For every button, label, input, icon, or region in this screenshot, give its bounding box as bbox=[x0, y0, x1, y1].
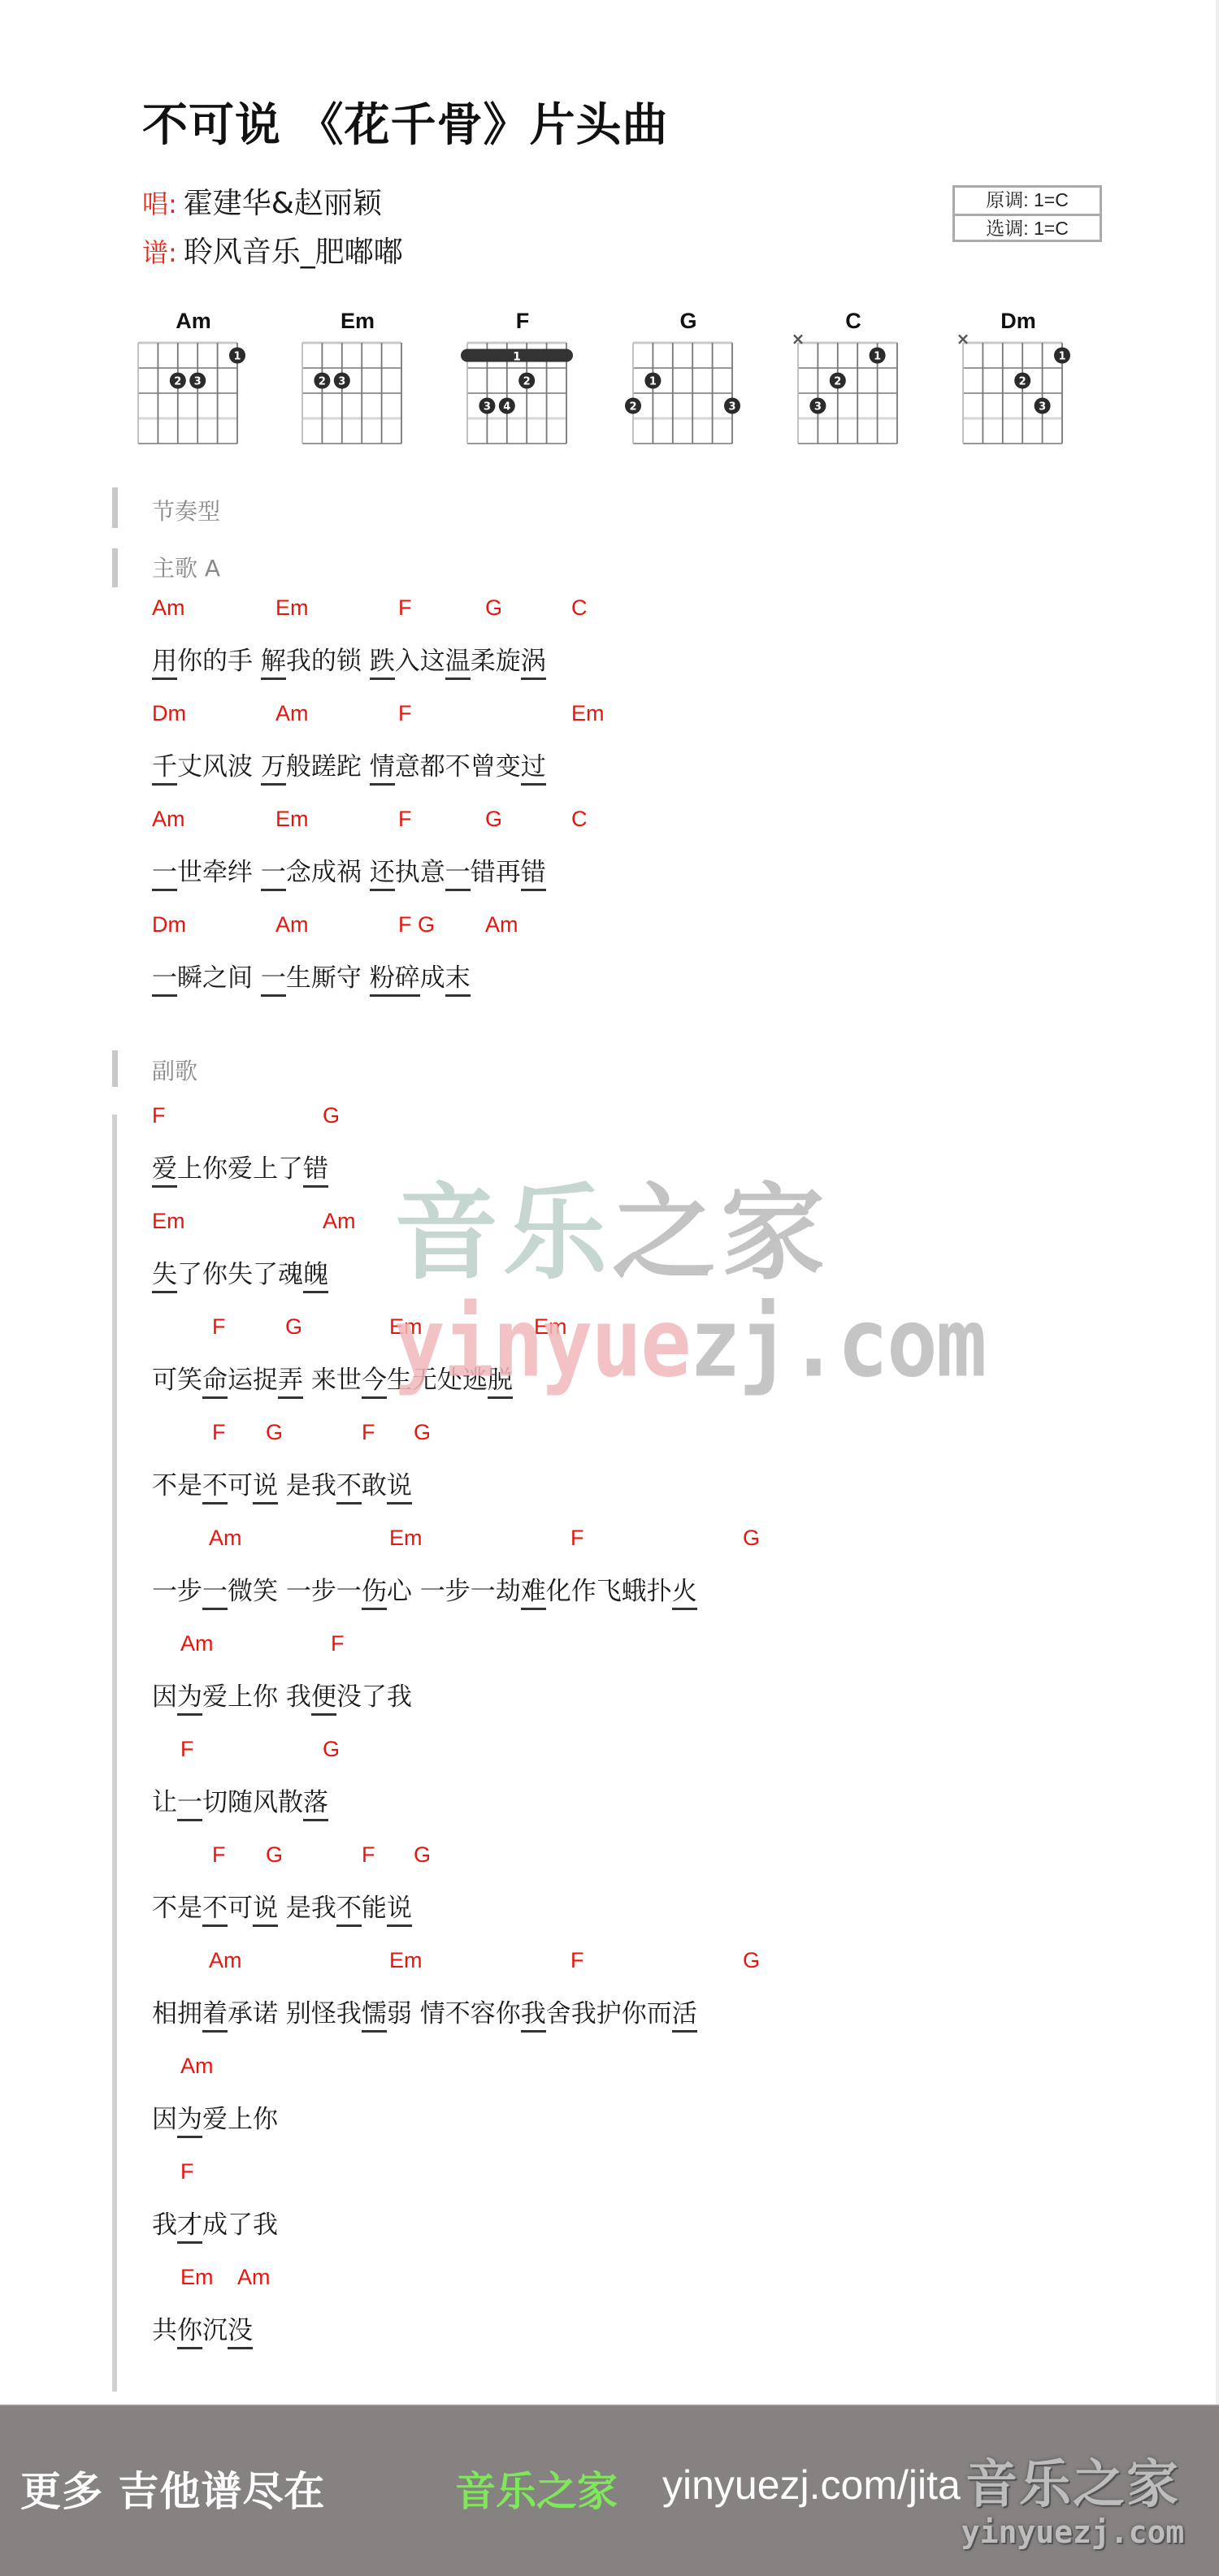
chord-symbol: F bbox=[362, 1842, 375, 1868]
original-key: 原调: 1=C bbox=[955, 188, 1100, 214]
svg-text:2: 2 bbox=[319, 376, 326, 388]
lyric-text: 我 bbox=[152, 2210, 177, 2240]
chord-line: EmAm bbox=[152, 1209, 883, 1236]
lyric-chord-anchor: 命 bbox=[202, 1366, 228, 1399]
chord-symbol: G bbox=[485, 807, 502, 832]
lyric-line: 让一切随风散落 bbox=[152, 1782, 328, 1818]
lyric-chord-anchor: 爱 bbox=[152, 1154, 177, 1188]
lyric-chord-anchor: 懦 bbox=[362, 1999, 387, 2033]
lyric-line: 不是不可说 是我不能说 bbox=[152, 1887, 412, 1924]
chord-diagram-name: C bbox=[788, 309, 918, 334]
lyric-text: 相拥 bbox=[152, 1999, 202, 2028]
lyric-chord-anchor: 情 bbox=[370, 752, 395, 786]
lyric-text: 微笑 一步一 bbox=[228, 1577, 362, 1606]
chord-symbol: C bbox=[571, 595, 588, 621]
chord-line: FG bbox=[152, 1737, 883, 1764]
lyric-text: 爱上你 bbox=[202, 2105, 278, 2134]
lyric-text: 入这 bbox=[395, 647, 445, 676]
chord-symbol: Em bbox=[571, 701, 605, 726]
chord-symbol: Am bbox=[180, 2054, 214, 2079]
lyric-chord-anchor: 解 bbox=[261, 647, 286, 680]
chord-line: AmEmFGC bbox=[152, 595, 883, 623]
lyric-text: 因 bbox=[152, 1682, 177, 1712]
svg-text:1: 1 bbox=[874, 351, 881, 363]
chord-symbol: F bbox=[398, 807, 412, 832]
chord-symbol: F bbox=[152, 1103, 166, 1128]
lyric-chord-anchor: 末 bbox=[445, 963, 471, 997]
lyric-chord-anchor: 不 bbox=[336, 1894, 362, 1927]
fretboard-grid: 123 bbox=[128, 333, 258, 447]
svg-text:2: 2 bbox=[174, 376, 181, 388]
lyric-chord-anchor: 粉碎 bbox=[370, 963, 420, 997]
fretboard-grid: ×123 bbox=[953, 333, 1083, 447]
chord-symbol: F bbox=[212, 1420, 226, 1445]
lyric-chord-anchor: 魄 bbox=[303, 1260, 328, 1293]
muted-string-icon: × bbox=[957, 333, 970, 349]
chord-symbol: Dm bbox=[152, 701, 186, 726]
chord-symbol: Am bbox=[275, 912, 309, 937]
chord-diagram-am: Am123 bbox=[128, 309, 258, 447]
lyric-chord-anchor: 伤 bbox=[362, 1577, 387, 1610]
lyric-text: 成了我 bbox=[202, 2210, 278, 2240]
chord-symbol: Am bbox=[152, 595, 185, 621]
chord-symbol: F bbox=[180, 2159, 194, 2184]
selected-key: 选调: 1=C bbox=[955, 214, 1100, 240]
arranger-line: 谱:聆风音乐_肥嘟嘟 bbox=[142, 229, 403, 271]
lyric-text: 一步 bbox=[152, 1577, 202, 1606]
chord-line: FG bbox=[152, 1103, 883, 1131]
chord-line: AmEmFGC bbox=[152, 807, 883, 834]
verse-section-bar bbox=[112, 548, 118, 587]
lyric-chord-anchor: 错 bbox=[521, 858, 546, 891]
fretboard-grid: ×123 bbox=[788, 333, 918, 447]
chord-symbol: F bbox=[570, 1526, 584, 1551]
chord-symbol: Am bbox=[209, 1526, 242, 1551]
lyric-chord-anchor: 万 bbox=[261, 752, 286, 786]
lyric-text: 是我 bbox=[278, 1471, 336, 1500]
lyric-text: 意都不曾变 bbox=[395, 752, 521, 781]
chord-symbol: Am bbox=[180, 1631, 214, 1656]
lyric-text: 切随风散 bbox=[202, 1788, 303, 1817]
chord-symbol: Am bbox=[152, 807, 185, 832]
chord-line: AmEmFG bbox=[152, 1526, 883, 1553]
chord-symbol: Am bbox=[485, 912, 518, 937]
lyric-line: 一世牵绊 一念成祸 还执意一错再错 bbox=[152, 851, 546, 888]
lyric-chord-anchor: 一 bbox=[152, 858, 177, 891]
lyric-line: 爱上你爱上了错 bbox=[152, 1148, 328, 1184]
chord-symbol: Em bbox=[389, 1314, 423, 1340]
chorus-section-bar bbox=[112, 1050, 118, 1087]
lyric-text: 舍我护你而 bbox=[546, 1999, 672, 2028]
chord-diagram-dm: Dm×123 bbox=[953, 309, 1083, 447]
lyric-chord-anchor: 我 bbox=[521, 1999, 546, 2033]
chord-diagram-f: F1234 bbox=[458, 309, 588, 447]
svg-text:3: 3 bbox=[1039, 401, 1046, 413]
chord-symbol: F bbox=[398, 595, 412, 621]
muted-string-icon: × bbox=[792, 333, 805, 349]
svg-text:3: 3 bbox=[338, 376, 345, 388]
chord-line: FGFG bbox=[152, 1842, 883, 1870]
chord-symbol: F bbox=[570, 1948, 584, 1973]
lyric-text: 般蹉跎 bbox=[286, 752, 370, 781]
arranger-name: 聆风音乐_肥嘟嘟 bbox=[184, 236, 403, 269]
lyric-chord-anchor: 一 bbox=[261, 963, 286, 997]
chord-symbol: Em bbox=[152, 1209, 185, 1234]
lyric-chord-anchor: 一 bbox=[445, 858, 471, 891]
lyric-text: 丈风波 bbox=[177, 752, 261, 781]
lyric-text: 生无处逃 bbox=[387, 1366, 488, 1395]
lyric-text: 承诺 别怪我 bbox=[228, 1999, 362, 2028]
lyric-line: 因为爱上你 我便没了我 bbox=[152, 1676, 412, 1712]
chord-diagram-c: C×123 bbox=[788, 309, 918, 447]
svg-text:1: 1 bbox=[513, 351, 521, 364]
lyric-chord-anchor: 不 bbox=[202, 1894, 228, 1927]
svg-text:4: 4 bbox=[503, 401, 510, 413]
lyric-chord-anchor: 为 bbox=[177, 1682, 202, 1716]
chord-diagram-em: Em23 bbox=[293, 309, 423, 447]
svg-text:1: 1 bbox=[1058, 351, 1065, 363]
lyric-chord-anchor: 难 bbox=[521, 1577, 546, 1610]
chord-line: EmAm bbox=[152, 2265, 883, 2292]
lyric-chord-anchor: 说 bbox=[253, 1471, 278, 1504]
lyric-line: 一步一微笑 一步一伤心 一步一劫难化作飞蛾扑火 bbox=[152, 1570, 697, 1607]
lyric-line: 相拥着承诺 别怪我懦弱 情不容你我舍我护你而活 bbox=[152, 1993, 697, 2029]
singer-line: 唱:霍建华&赵丽颖 bbox=[142, 180, 382, 222]
lyric-chord-anchor: 为 bbox=[177, 2105, 202, 2138]
footer-logo-en: yinyuezj.com bbox=[943, 2514, 1203, 2550]
svg-text:2: 2 bbox=[629, 401, 636, 413]
lyric-line: 千丈风波 万般蹉跎 情意都不曾变过 bbox=[152, 746, 546, 782]
chord-symbol: G bbox=[323, 1737, 340, 1762]
lyric-text: 世牵绊 bbox=[177, 858, 261, 887]
lyric-chord-anchor: 今 bbox=[362, 1366, 387, 1399]
lyric-text: 化作飞蛾扑 bbox=[546, 1577, 672, 1606]
chord-diagram-name: Am bbox=[128, 309, 258, 334]
footer-url-link[interactable]: yinyuezj.com/jita bbox=[662, 2461, 961, 2509]
lyric-text: 是我 bbox=[278, 1894, 336, 1923]
svg-text:1: 1 bbox=[649, 376, 657, 388]
svg-text:3: 3 bbox=[194, 376, 202, 388]
chord-symbol: F bbox=[362, 1420, 375, 1445]
lyric-chord-anchor: 不 bbox=[202, 1471, 228, 1504]
lyric-text: 弱 情不容你 bbox=[387, 1999, 521, 2028]
chord-symbol: F bbox=[180, 1737, 194, 1762]
chord-symbol: Em bbox=[389, 1948, 423, 1973]
lyric-chord-anchor: 还 bbox=[370, 858, 395, 891]
lyric-text: 你的手 bbox=[177, 647, 261, 676]
chord-symbol: F G bbox=[398, 912, 435, 937]
lyric-chord-anchor: 火 bbox=[672, 1577, 697, 1610]
chord-diagram-g: G123 bbox=[623, 309, 753, 447]
chord-symbol: C bbox=[571, 807, 588, 832]
lyric-chord-anchor: 一 bbox=[261, 858, 286, 891]
chord-line: Am bbox=[152, 2054, 883, 2081]
singer-name: 霍建华&赵丽颖 bbox=[184, 187, 382, 220]
lyric-chord-anchor: 脱 bbox=[488, 1366, 513, 1399]
chord-symbol: Am bbox=[275, 701, 309, 726]
footer-tagline: 更多 吉他谱尽在 bbox=[20, 2459, 325, 2518]
chord-line: AmEmFG bbox=[152, 1948, 883, 1976]
lyric-text: 瞬之间 bbox=[177, 963, 261, 993]
singer-label: 唱: bbox=[142, 188, 177, 219]
lyric-text: 念成祸 bbox=[286, 858, 370, 887]
chord-symbol: G bbox=[266, 1420, 283, 1445]
lyric-chord-anchor: 便 bbox=[311, 1682, 336, 1716]
lyric-chord-anchor: 才 bbox=[177, 2210, 202, 2244]
svg-text:3: 3 bbox=[814, 401, 822, 413]
chord-line: F bbox=[152, 2159, 883, 2187]
lyric-text: 因 bbox=[152, 2105, 177, 2134]
lyric-line: 可笑命运捉弄 来世今生无处逃脱 bbox=[152, 1359, 513, 1396]
lyric-line: 不是不可说 是我不敢说 bbox=[152, 1465, 412, 1501]
lyric-text: 错再 bbox=[471, 858, 521, 887]
lyric-chord-anchor: 温 bbox=[445, 647, 471, 680]
chord-symbol: G bbox=[743, 1526, 760, 1551]
footer-logo: 音乐之家 yinyuezj.com bbox=[943, 2443, 1203, 2550]
lyric-text: 心 一步一劫 bbox=[387, 1577, 521, 1606]
lyric-text: 让 bbox=[152, 1788, 177, 1817]
chord-symbol: Am bbox=[323, 1209, 356, 1234]
lyric-text: 来世 bbox=[303, 1366, 362, 1395]
lyric-line: 我才成了我 bbox=[152, 2204, 278, 2240]
lyric-chord-anchor: 失 bbox=[152, 1260, 177, 1293]
rhythm-section-bar bbox=[112, 487, 118, 528]
verse-section-label: 主歌 A bbox=[152, 551, 220, 583]
svg-text:2: 2 bbox=[834, 376, 841, 388]
lyric-chord-anchor: 过 bbox=[521, 752, 546, 786]
lyric-text: 可 bbox=[228, 1894, 253, 1923]
lyric-chord-anchor: 错 bbox=[303, 1154, 328, 1188]
lyric-text: 敢 bbox=[362, 1471, 387, 1500]
chord-symbol: Dm bbox=[152, 912, 186, 937]
chord-diagram-name: Em bbox=[293, 309, 423, 334]
rhythm-section-label: 节奏型 bbox=[152, 494, 220, 526]
chorus-content-bar bbox=[112, 1115, 117, 2392]
lyric-chord-anchor: 弄 bbox=[278, 1366, 303, 1399]
fretboard-grid: 23 bbox=[293, 333, 423, 447]
lyric-chord-anchor: 用 bbox=[152, 647, 177, 680]
lyric-text: 不是 bbox=[152, 1471, 202, 1500]
chord-symbol: F bbox=[398, 701, 412, 726]
svg-text:3: 3 bbox=[484, 401, 491, 413]
chord-symbol: Em bbox=[275, 595, 309, 621]
lyric-chord-anchor: 说 bbox=[253, 1894, 278, 1927]
chord-symbol: F bbox=[212, 1314, 226, 1340]
chord-symbol: G bbox=[414, 1420, 431, 1445]
lyric-chord-anchor: 活 bbox=[672, 1999, 697, 2033]
lyric-chord-anchor: 落 bbox=[303, 1788, 328, 1821]
footer-brand[interactable]: 音乐之家 bbox=[455, 2459, 618, 2518]
lyric-chord-anchor: 说 bbox=[387, 1471, 412, 1504]
chord-symbol: G bbox=[743, 1948, 760, 1973]
lyric-chord-anchor: 跌 bbox=[370, 647, 395, 680]
watermark-en-b: zj.com bbox=[690, 1288, 986, 1399]
lyric-chord-anchor: 涡 bbox=[521, 647, 546, 680]
chord-diagrams-row: Am123Em23F1234G123C×123Dm×123 bbox=[0, 309, 1219, 447]
lyric-text: 沉 bbox=[202, 2316, 228, 2345]
chord-symbol: G bbox=[323, 1103, 340, 1128]
chord-line: AmF bbox=[152, 1631, 883, 1659]
svg-text:2: 2 bbox=[523, 376, 531, 388]
lyric-text: 生厮守 bbox=[286, 963, 370, 993]
chord-symbol: G bbox=[414, 1842, 431, 1868]
lyric-line: 共你沉没 bbox=[152, 2310, 253, 2346]
svg-text:3: 3 bbox=[728, 401, 735, 413]
chord-symbol: G bbox=[266, 1842, 283, 1868]
lyric-chord-anchor: 你 bbox=[177, 2316, 202, 2349]
chord-symbol: F bbox=[331, 1631, 345, 1656]
lyric-line: 因为爱上你 bbox=[152, 2098, 278, 2135]
chord-symbol: Am bbox=[209, 1948, 242, 1973]
chord-symbol: G bbox=[485, 595, 502, 621]
lyric-chord-anchor: 千 bbox=[152, 752, 177, 786]
lyric-text: 没了我 bbox=[336, 1682, 412, 1712]
lyric-text: 共 bbox=[152, 2316, 177, 2345]
lyric-line: 失了你失了魂魄 bbox=[152, 1253, 328, 1290]
chord-diagram-name: F bbox=[458, 309, 588, 334]
lyric-text: 可 bbox=[228, 1471, 253, 1500]
lyric-text: 上你爱上了 bbox=[177, 1154, 303, 1184]
song-title: 不可说 《花千骨》片头曲 bbox=[142, 89, 669, 154]
svg-text:2: 2 bbox=[1019, 376, 1026, 388]
fretboard-grid: 123 bbox=[623, 333, 753, 447]
lyric-text: 我的锁 bbox=[286, 647, 370, 676]
lyric-chord-anchor: 一 bbox=[177, 1788, 202, 1821]
lyric-text: 不是 bbox=[152, 1894, 202, 1923]
arranger-label: 谱: bbox=[142, 237, 177, 268]
chord-line: FGFG bbox=[152, 1420, 883, 1448]
lyric-chord-anchor: 着 bbox=[202, 1999, 228, 2033]
lyric-text: 能 bbox=[362, 1894, 387, 1923]
chord-symbol: G bbox=[285, 1314, 302, 1340]
chord-symbol: Am bbox=[237, 2265, 271, 2290]
chord-symbol: Em bbox=[389, 1526, 423, 1551]
chord-symbol: F bbox=[212, 1842, 226, 1868]
chord-line: FGEmEm bbox=[152, 1314, 883, 1342]
lyric-text: 成 bbox=[420, 963, 445, 993]
footer-banner: 更多 吉他谱尽在 音乐之家 yinyuezj.com/jita 音乐之家 yin… bbox=[0, 2405, 1219, 2576]
lyric-chord-anchor: 不 bbox=[336, 1471, 362, 1504]
chord-symbol: Em bbox=[275, 807, 309, 832]
chord-diagram-name: G bbox=[623, 309, 753, 334]
chord-diagram-name: Dm bbox=[953, 309, 1083, 334]
lyric-line: 一瞬之间 一生厮守 粉碎成末 bbox=[152, 957, 471, 994]
lyric-text: 爱上你 我 bbox=[202, 1682, 311, 1712]
lyric-chord-anchor: 一 bbox=[152, 963, 177, 997]
chord-line: DmAmF GAm bbox=[152, 912, 883, 940]
lyric-text: 了你失了魂 bbox=[177, 1260, 303, 1289]
svg-text:1: 1 bbox=[233, 351, 241, 363]
lyric-line: 用你的手 解我的锁 跌入这温柔旋涡 bbox=[152, 640, 546, 677]
chord-symbol: Em bbox=[534, 1314, 567, 1340]
lyric-chord-anchor: 没 bbox=[228, 2316, 253, 2349]
key-info-box: 原调: 1=C 选调: 1=C bbox=[952, 185, 1102, 242]
chorus-section-label: 副歌 bbox=[152, 1054, 197, 1086]
chord-line: DmAmFEm bbox=[152, 701, 883, 729]
lyric-chord-anchor: 说 bbox=[387, 1894, 412, 1927]
chord-symbol: Em bbox=[180, 2265, 214, 2290]
lyric-text: 柔旋 bbox=[471, 647, 521, 676]
lyric-text: 执意 bbox=[395, 858, 445, 887]
lyric-text: 可笑 bbox=[152, 1366, 202, 1395]
lyric-text: 运捉 bbox=[228, 1366, 278, 1395]
lyric-chord-anchor: 一 bbox=[202, 1577, 228, 1610]
fretboard-grid: 1234 bbox=[458, 333, 588, 447]
footer-logo-cn: 音乐之家 bbox=[943, 2443, 1203, 2518]
